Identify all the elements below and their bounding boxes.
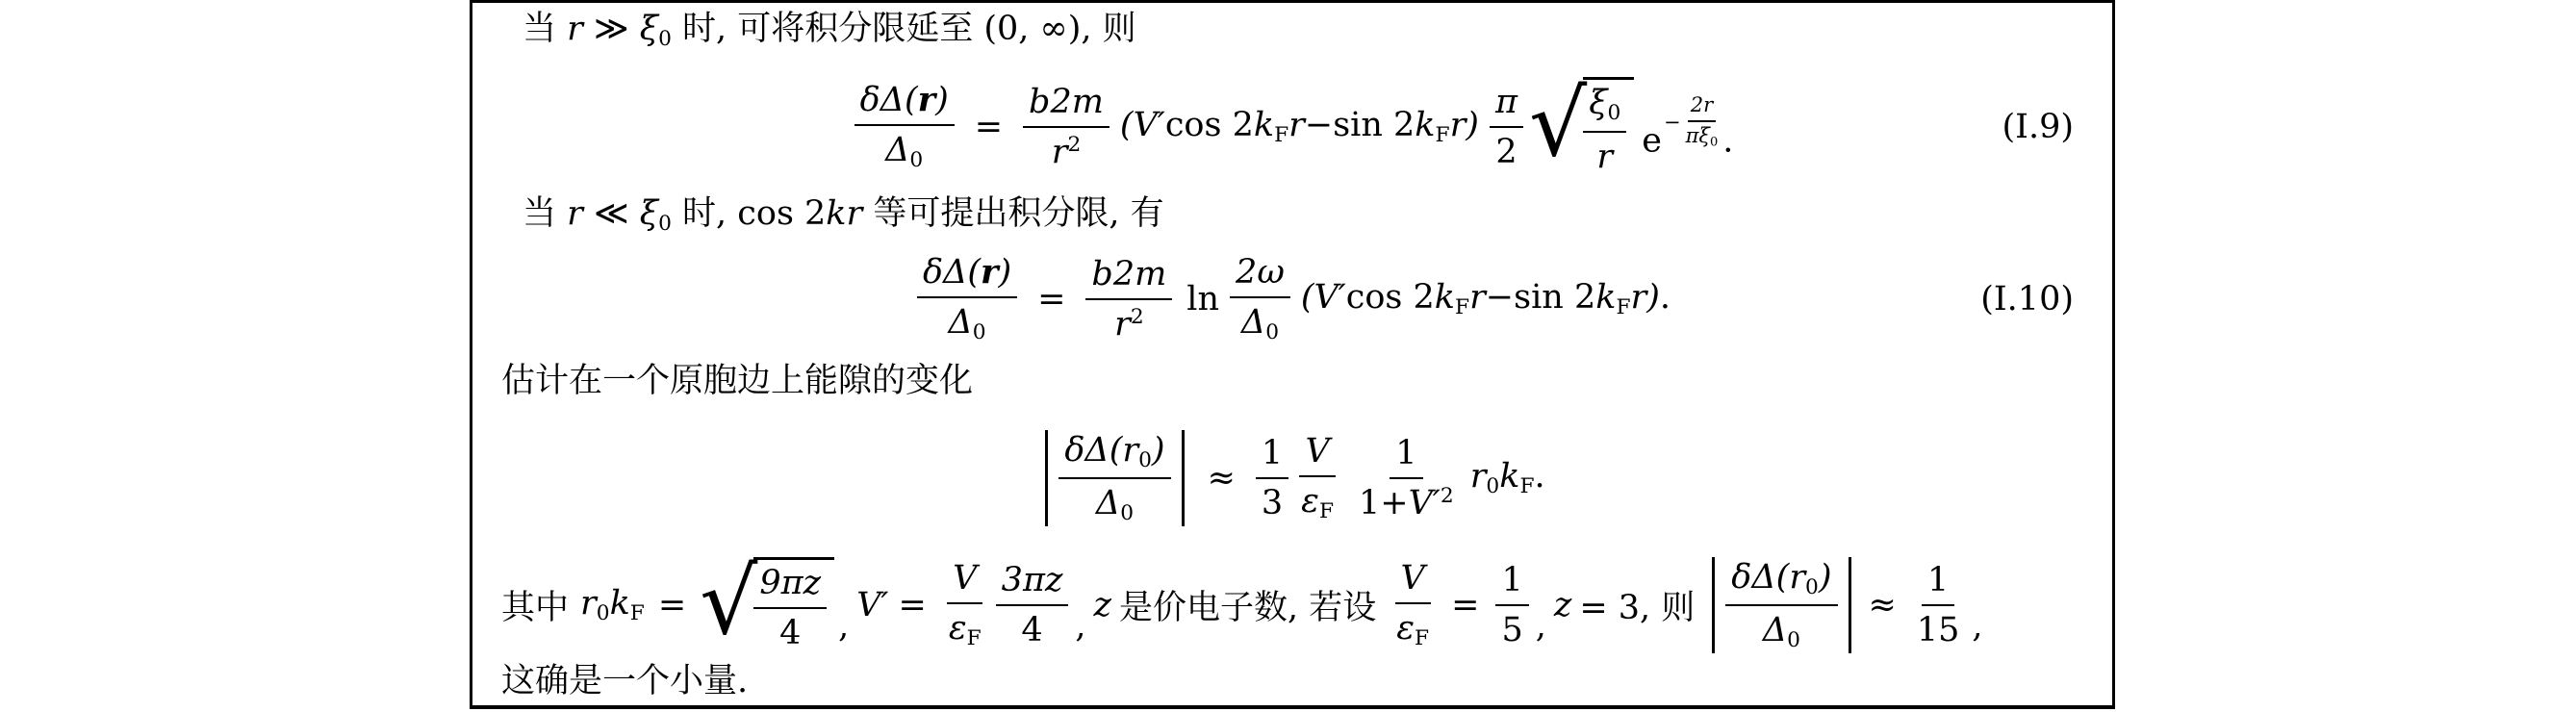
math-token: ε bbox=[1396, 609, 1415, 648]
comma: , bbox=[838, 607, 849, 673]
content-frame: 当 r ≫ ξ0 时, 可将积分限延至 (0, ∞), 则 δΔ(r) Δ0 =… bbox=[470, 0, 2115, 709]
equals-sign: = bbox=[975, 108, 1003, 146]
cos-operator: cos 2 bbox=[1165, 106, 1254, 144]
subscript: F bbox=[967, 627, 982, 651]
math-token: k bbox=[610, 584, 630, 623]
math-token: V′ bbox=[1134, 106, 1165, 144]
math-run: r0kF. bbox=[1470, 457, 1545, 498]
math-token: r bbox=[1450, 106, 1467, 144]
subscript: 0 bbox=[1138, 448, 1152, 472]
radical-sign: √ bbox=[700, 567, 757, 640]
math-token: 4 bbox=[779, 614, 801, 652]
math-token: 4 bbox=[1021, 611, 1042, 649]
text-run: 这确是一个小量. bbox=[501, 662, 748, 700]
math-token: 15 bbox=[1917, 611, 1960, 649]
paren-group: (V′cos 2kFr−sin 2kFr). bbox=[1301, 278, 1671, 319]
math-token: V′ bbox=[1314, 278, 1346, 317]
sqrt-radical: √ 9πz 4 bbox=[700, 557, 834, 653]
equation-label-I9: (I.9) bbox=[2002, 108, 2074, 146]
text-run: 是价电子数, 若设 bbox=[1119, 581, 1376, 629]
much-less-symbol: ≪ bbox=[583, 194, 640, 233]
math-token: z bbox=[1554, 586, 1571, 624]
subscript: F bbox=[1319, 500, 1334, 524]
fraction: 2rπξ0 bbox=[1683, 93, 1722, 149]
math-token: k bbox=[1499, 457, 1519, 496]
math-token: r bbox=[567, 10, 583, 48]
close-paren: ) bbox=[1646, 278, 1660, 317]
fraction: 1 15 bbox=[1911, 560, 1966, 650]
math-token: ) bbox=[1819, 558, 1832, 597]
fraction-lhs: δΔ(r) Δ0 bbox=[917, 252, 1017, 345]
fraction: π 2 bbox=[1490, 82, 1523, 172]
math-token: δΔ( bbox=[1064, 431, 1122, 470]
subscript: 0 bbox=[1607, 102, 1620, 126]
subscript: 0 bbox=[1265, 321, 1279, 345]
fraction: V εF bbox=[1390, 558, 1435, 651]
equation-I9-math: δΔ(r) Δ0 = b2m r2 (V′cos 2kFr−sin 2kFr) … bbox=[848, 77, 1738, 176]
euler-e: e bbox=[1642, 122, 1662, 161]
math-token: 1+ bbox=[1359, 484, 1409, 522]
math-token: δΔ( bbox=[1731, 558, 1789, 597]
math-token: V bbox=[953, 559, 977, 598]
fraction: 2ω Δ0 bbox=[1230, 252, 1290, 345]
subscript: F bbox=[1436, 124, 1450, 148]
math-token: r bbox=[1114, 305, 1131, 343]
math-token: V bbox=[1401, 559, 1425, 598]
math-token: 1 bbox=[1262, 434, 1283, 472]
subscript: 0 bbox=[1486, 475, 1499, 499]
math-token: Δ bbox=[1241, 303, 1265, 342]
subscript: F bbox=[1519, 475, 1534, 499]
comma: , bbox=[1536, 607, 1546, 673]
paren-group: (V′cos 2kFr−sin 2kFr) bbox=[1120, 106, 1479, 147]
fraction: 3πz 4 bbox=[996, 560, 1069, 650]
text-run: 时, bbox=[672, 194, 737, 233]
period: . bbox=[1660, 278, 1671, 317]
equals-sign: = bbox=[1451, 586, 1479, 624]
text-run: = 3, 则 bbox=[1579, 581, 1695, 629]
math-token: V bbox=[1305, 432, 1329, 470]
fraction: V εF bbox=[943, 558, 987, 651]
text-run: 时, 可将积分限延至 (0, ∞), 则 bbox=[672, 10, 1136, 48]
minus-sign: − bbox=[1664, 111, 1681, 134]
subscript: 0 bbox=[658, 27, 672, 51]
comma: , bbox=[1972, 607, 1982, 673]
math-token: z bbox=[1094, 586, 1111, 624]
math-token: ) bbox=[1152, 431, 1165, 470]
equals-sign: = bbox=[898, 586, 926, 624]
sin-operator: sin 2 bbox=[1333, 106, 1415, 144]
subscript: 0 bbox=[1787, 628, 1800, 652]
math-token: k bbox=[1595, 278, 1616, 317]
fraction: b2m r2 bbox=[1023, 82, 1109, 172]
comma: , bbox=[1075, 607, 1085, 673]
math-token: 1 bbox=[1395, 434, 1416, 472]
ln-operator: ln bbox=[1186, 280, 1219, 318]
subscript: 0 bbox=[1805, 575, 1819, 599]
equation-gap-estimate-math: δΔ(r0) Δ0 ≈ 1 3 V εF 1 1+V′2 bbox=[1035, 430, 1548, 526]
paragraph-2: 当 r ≪ ξ0 时, cos 2kr 等可提出积分限, 有 bbox=[523, 193, 1164, 237]
subscript: 0 bbox=[973, 321, 986, 345]
open-paren: ( bbox=[1120, 106, 1134, 144]
math-token: ) bbox=[935, 81, 949, 119]
cos-operator: cos 2 bbox=[1346, 278, 1435, 317]
sin-operator: sin 2 bbox=[1514, 278, 1595, 317]
math-run: r0kF bbox=[580, 584, 645, 625]
approx-sign: ≈ bbox=[1208, 459, 1236, 497]
text-run: 当 bbox=[523, 10, 567, 48]
superscript: 2 bbox=[1067, 133, 1081, 157]
equation-I10: δΔ(r) Δ0 = b2m r2 ln 2ω Δ0 (V′cos 2kFr−s… bbox=[472, 242, 2112, 357]
fraction: V εF bbox=[1295, 431, 1339, 524]
equation-I9: δΔ(r) Δ0 = b2m r2 (V′cos 2kFr−sin 2kFr) … bbox=[472, 59, 2112, 195]
abs-value: δΔ(r0) Δ0 bbox=[1041, 430, 1187, 526]
abs-bar bbox=[1712, 557, 1715, 653]
subscript: F bbox=[1616, 296, 1630, 320]
math-token: r bbox=[1288, 106, 1305, 144]
math-token: 3 bbox=[1262, 484, 1283, 522]
math-token: ε bbox=[1301, 482, 1319, 521]
fraction-lhs: δΔ(r0) Δ0 bbox=[1058, 430, 1170, 526]
open-paren: ( bbox=[1301, 278, 1314, 317]
math-token: ξ bbox=[640, 194, 658, 233]
subscript: 0 bbox=[1120, 501, 1134, 525]
fraction: ξ0 r bbox=[1583, 83, 1626, 176]
paragraph-3: 估计在一个原胞边上能隙的变化 bbox=[501, 361, 973, 403]
math-token: 1 bbox=[1501, 561, 1522, 599]
math-token: Δ bbox=[1763, 611, 1787, 649]
subscript: F bbox=[630, 602, 645, 626]
math-token: ξ bbox=[1589, 84, 1607, 122]
subscript: 0 bbox=[909, 149, 923, 173]
math-token: 3πz bbox=[1002, 561, 1063, 599]
equation-gap-estimate: δΔ(r0) Δ0 ≈ 1 3 V εF 1 1+V′2 bbox=[472, 411, 2112, 546]
much-greater-symbol: ≫ bbox=[583, 10, 640, 48]
cos-operator: cos 2 bbox=[737, 194, 826, 233]
abs-value: δΔ(r0) Δ0 bbox=[1708, 557, 1854, 653]
superscript: 2 bbox=[1441, 484, 1454, 508]
math-token: 2ω bbox=[1236, 253, 1285, 292]
exponential-group: e−2rπξ0. bbox=[1642, 93, 1733, 160]
math-token: ) bbox=[998, 253, 1011, 292]
math-token: ξ bbox=[640, 10, 658, 48]
equation-label-I10: (I.10) bbox=[1980, 280, 2074, 318]
math-token: k bbox=[1415, 106, 1435, 144]
subscript: 0 bbox=[1710, 135, 1718, 149]
approx-sign: ≈ bbox=[1869, 586, 1897, 624]
math-token: r bbox=[1470, 457, 1487, 496]
exponent: −2rπξ0 bbox=[1664, 93, 1722, 149]
text-run: 等可提出积分限, 有 bbox=[862, 194, 1163, 233]
math-token: r bbox=[1789, 558, 1805, 597]
math-token: r bbox=[1631, 278, 1647, 317]
radical-sign: √ bbox=[1529, 89, 1587, 162]
math-token: δΔ( bbox=[923, 253, 981, 292]
math-token: r bbox=[1122, 431, 1138, 470]
paragraph-4: 其中 r0kF = √ 9πz 4 , V′ = V εF 3πz bbox=[501, 538, 1983, 673]
math-token: Δ bbox=[948, 303, 972, 342]
equals-sign: = bbox=[1037, 280, 1065, 318]
text-run: 估计在一个原胞边上能隙的变化 bbox=[501, 362, 973, 400]
page: 当 r ≫ ξ0 时, 可将积分限延至 (0, ∞), 则 δΔ(r) Δ0 =… bbox=[0, 0, 2576, 712]
subscript: F bbox=[1274, 124, 1288, 148]
fraction: 1 5 bbox=[1495, 560, 1528, 650]
math-token: 9πz bbox=[759, 564, 821, 602]
period: . bbox=[1535, 457, 1545, 496]
minus-sign: − bbox=[1305, 106, 1333, 144]
sqrt-radical: √ ξ0 r bbox=[1529, 77, 1634, 176]
close-paren: ) bbox=[1466, 106, 1479, 144]
math-token: 5 bbox=[1501, 611, 1522, 649]
superscript: 2 bbox=[1131, 305, 1144, 329]
math-token: Δ bbox=[1096, 484, 1120, 522]
fraction-lhs: δΔ(r) Δ0 bbox=[854, 80, 955, 173]
fraction: 9πz 4 bbox=[753, 563, 827, 653]
math-token: πξ bbox=[1686, 124, 1710, 147]
math-token: ε bbox=[949, 609, 967, 648]
math-token: V′ bbox=[856, 586, 888, 624]
math-token: δΔ( bbox=[860, 81, 918, 119]
subscript: 0 bbox=[597, 602, 610, 626]
abs-bar bbox=[1849, 557, 1851, 653]
paragraph-1: 当 r ≫ ξ0 时, 可将积分限延至 (0, ∞), 则 bbox=[523, 9, 1136, 52]
fraction: 1 1+V′2 bbox=[1353, 433, 1460, 523]
math-token: b2m bbox=[1091, 255, 1166, 293]
math-token: 2r bbox=[1691, 93, 1713, 116]
math-token: Δ bbox=[885, 131, 909, 169]
vector-r: r bbox=[918, 80, 935, 119]
abs-bar bbox=[1045, 430, 1048, 526]
fraction: δΔ(r0) Δ0 bbox=[1725, 557, 1837, 653]
text-run: 当 bbox=[523, 194, 567, 233]
math-token: k bbox=[1254, 106, 1274, 144]
equals-sign: = bbox=[658, 586, 686, 624]
subscript: F bbox=[1415, 627, 1429, 651]
abs-bar bbox=[1182, 430, 1185, 526]
math-token: r bbox=[580, 584, 597, 623]
period: . bbox=[1722, 122, 1733, 161]
math-token: kr bbox=[826, 194, 862, 233]
math-token: V′ bbox=[1409, 484, 1441, 522]
math-token: 2 bbox=[1495, 133, 1517, 171]
paragraph-5: 这确是一个小量. bbox=[501, 661, 748, 703]
minus-sign: − bbox=[1486, 278, 1514, 317]
math-token: 1 bbox=[1927, 561, 1949, 599]
subscript: 0 bbox=[658, 212, 672, 236]
math-token: r bbox=[1052, 133, 1068, 171]
math-token: π bbox=[1495, 83, 1518, 121]
math-token: r bbox=[567, 194, 583, 233]
fraction: b2m r2 bbox=[1085, 254, 1172, 344]
fraction: 1 3 bbox=[1256, 433, 1288, 523]
equation-I10-math: δΔ(r) Δ0 = b2m r2 ln 2ω Δ0 (V′cos 2kFr−s… bbox=[910, 252, 1674, 345]
vector-r: r bbox=[981, 252, 998, 292]
subscript: F bbox=[1455, 296, 1469, 320]
text-run: 其中 bbox=[501, 581, 569, 629]
math-token: b2m bbox=[1029, 83, 1104, 121]
math-token: r bbox=[1469, 278, 1486, 317]
math-token: k bbox=[1435, 278, 1455, 317]
math-token: r bbox=[1596, 138, 1613, 176]
